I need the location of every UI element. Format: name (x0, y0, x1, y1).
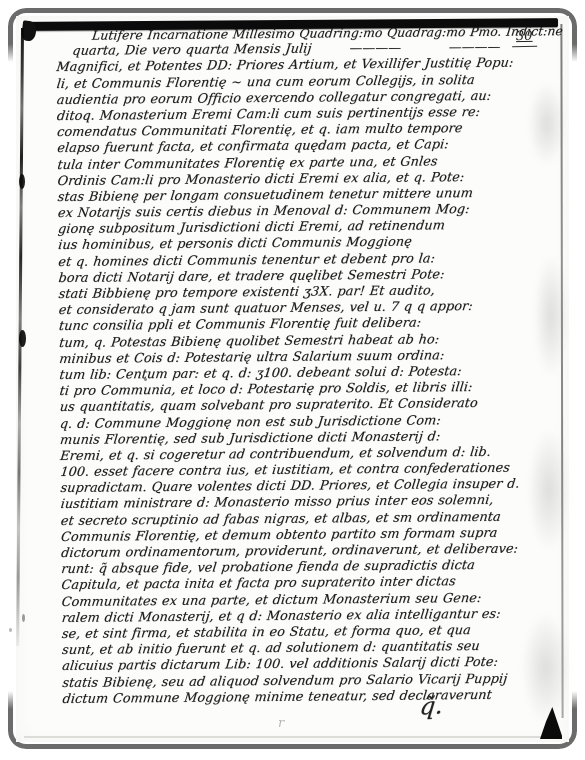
page-bottom-edge-shadow (24, 736, 558, 738)
notary-flourish: q̃. (418, 691, 444, 721)
manuscript-page: 30 Lutifere Incarnatione Millesimo Quadr… (16, 16, 569, 742)
faint-ink-mark: r (278, 716, 284, 731)
left-edge-ink-blob (19, 330, 26, 347)
left-edge-ink-blob (22, 614, 25, 622)
manuscript-text: Lutifere Incarnatione Millesimo Quadring… (56, 23, 569, 708)
paper-speck (9, 628, 12, 632)
manuscript-scan: 30 Lutifere Incarnatione Millesimo Quadr… (0, 0, 585, 760)
left-edge-ink-blob (19, 174, 25, 189)
